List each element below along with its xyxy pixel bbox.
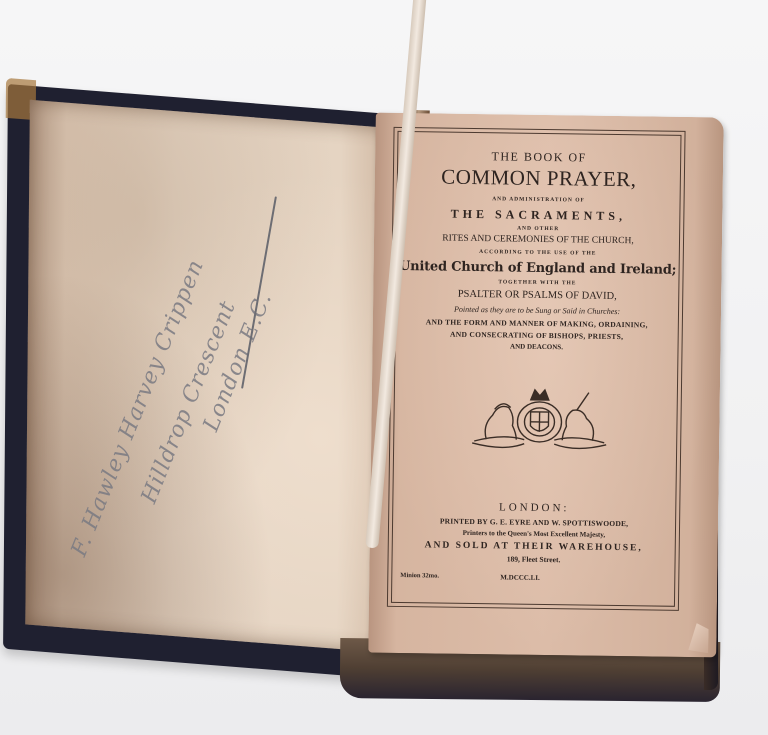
title-line-form: AND THE FORM AND MANNER OF MAKING, ORDAI… xyxy=(396,317,678,330)
title-line-deacons: AND DEACONS. xyxy=(395,341,677,353)
title-page-border: THE BOOK OF COMMON PRAYER, AND ADMINISTR… xyxy=(391,131,682,607)
imprint-printers-to-queen: Printers to the Queen's Most Excellent M… xyxy=(393,528,675,540)
imprint-printed-by: PRINTED BY G. E. EYRE AND W. SPOTTISWOOD… xyxy=(393,516,675,529)
title-line-united-church: United Church of England and Ireland; xyxy=(397,259,679,278)
title-line-consecrating: AND CONSECRATING OF BISHOPS, PRIESTS, xyxy=(396,329,678,342)
photo-scene: F. Hawley Harvey Crippen Hilldrop Cresce… xyxy=(0,0,768,735)
title-line-common-prayer: COMMON PRAYER, xyxy=(398,164,680,193)
title-line-and-other: AND OTHER xyxy=(397,224,679,234)
page-corner-curl xyxy=(688,623,708,653)
title-line-sacraments: THE SACRAMENTS, xyxy=(397,206,679,225)
title-line-psalter: PSALTER OR PSALMS OF DAVID, xyxy=(396,288,678,303)
title-line-administration: AND ADMINISTRATION OF xyxy=(398,195,680,205)
title-line-rites: RITES AND CEREMONIES OF THE CHURCH, xyxy=(397,233,679,247)
imprint-sold-at: AND SOLD AT THEIR WAREHOUSE, xyxy=(393,540,675,554)
imprint-address: 189, Fleet Street. xyxy=(393,553,675,566)
imprint-city: LONDON: xyxy=(393,500,675,516)
royal-coat-of-arms-icon xyxy=(464,381,615,453)
publication-year: M.DCCC.LI. xyxy=(500,573,540,582)
title-line-according: ACCORDING TO THE USE OF THE xyxy=(397,248,679,258)
format-note: Minion 32mo. xyxy=(400,572,439,580)
title-line-pointed: Pointed as they are to be Sung or Said i… xyxy=(396,304,678,317)
title-line-together: TOGETHER WITH THE xyxy=(396,278,678,288)
title-page: THE BOOK OF COMMON PRAYER, AND ADMINISTR… xyxy=(368,113,724,658)
